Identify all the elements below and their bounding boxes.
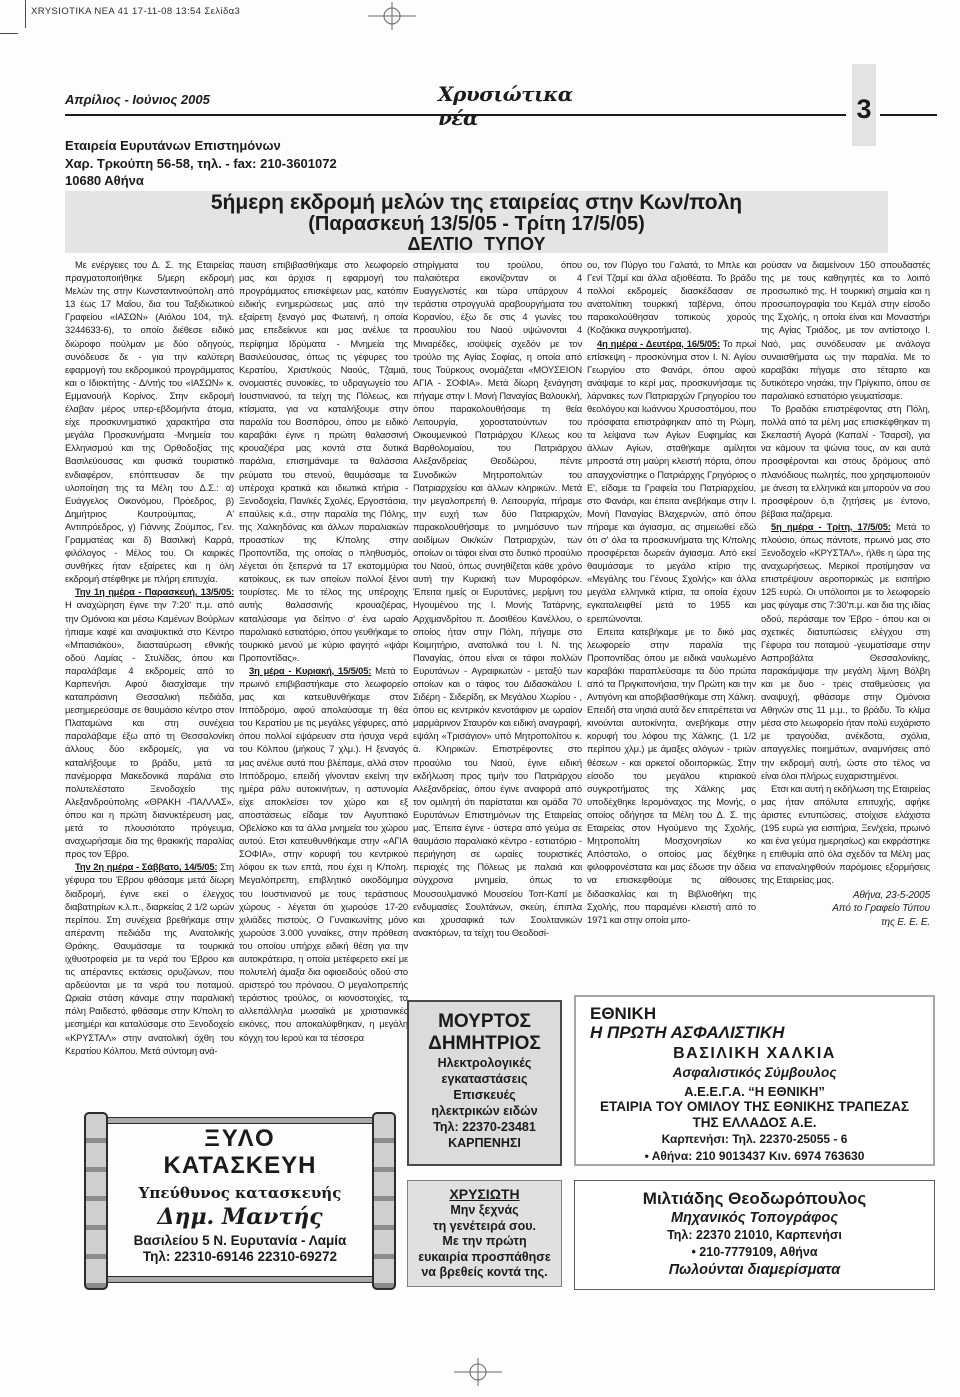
headline-box: 5ήμερη εκδρομή μελών της εταιρείας στην … (65, 191, 888, 253)
ad-theo-name: Μιλτιάδης Θεοδωρόπουλος (575, 1189, 934, 1209)
headline-kicker: ΔΕΛΤΙΟ ΤΥΠΟΥ (65, 235, 888, 254)
print-slug: XRYSIOTIKA NEA 41 17-11-08 13:54 Σελίδα3 (31, 6, 240, 17)
ad-mourtos: ΜΟΥΡΤΟΣ ΔΗΜΗΤΡΙΟΣ Ηλεκτρολογικές εγκατασ… (407, 1000, 562, 1166)
ad-ethniki-insurance: ΕΘΝΙΚΗ Η ΠΡΩΤΗ ΑΣΦΑΛΙΣΤΙΚΗ ΒΑΣΙΛΙΚΗ ΧΑΛΚ… (574, 995, 935, 1166)
ad-ethniki-company2: ΕΤΑΙΡΙΑ ΤΟΥ ΟΜΙΛΟΥ ΤΗΣ ΕΘΝΙΚΗΣ ΤΡΑΠΕΖΑΣ (590, 1099, 919, 1115)
article-column-2: παυση επιβιβασθήκαμε στο λεωφορείο μας κ… (239, 258, 408, 1106)
signoff-office: Από το Γραφείο Τύπου (761, 902, 930, 916)
crop-mark-vertical (25, 0, 26, 28)
paragraph: Με ενέργειες του Δ. Σ. της Εταιρείας πρα… (65, 258, 234, 585)
ad-xylo-kataskevi: ΞΥΛΟ ΚΑΤΑΣΚΕΥΗ Υπεύθυνος κατασκευής Δημ.… (84, 1112, 396, 1290)
publisher-address: Χαρ. Τρκούπη 56-58, τηλ. - fax: 210-3601… (65, 155, 337, 173)
article-column-1: Με ενέργειες του Δ. Σ. της Εταιρείας πρα… (65, 258, 234, 1106)
paragraph: 5η ημέρα - Τρίτη, 17/5/05: Μετά το πλούσ… (761, 520, 930, 782)
day-heading: Την 1η ημέρα - Παρασκευή, 13/5/05: (75, 586, 234, 597)
publisher-city: 10680 Αθήνα (65, 172, 337, 190)
paragraph: ρούσαν να διαμείνουν 150 σπουδαστές της … (761, 258, 930, 402)
ad-mourtos-service: Ηλεκτρολογικές (409, 1055, 560, 1071)
article-column-3: στηρίγματα του τρούλου, όπου παλαιότερα … (413, 258, 582, 996)
ad-xylo-phones: Τηλ: 22310-69146 22310-69272 (112, 1249, 368, 1265)
ad-theo-phone1: Τηλ: 22370 21010, Καρπενήσι (575, 1227, 934, 1244)
paragraph: Επειτα κατεβήκαμε με το δικό μας λεωφορε… (587, 625, 756, 926)
signoff-org: της Ε. Ε. Ε. (761, 916, 930, 930)
ad-ethniki-phone1: Καρπενήσι: Τηλ. 22370-25055 - 6 (590, 1132, 919, 1147)
ad-chrysioti-notice: ΧΡΥΣΙΩΤΗ Μην ξεχνάς τη γενέτειρά σου. Με… (407, 1180, 562, 1287)
ad-ethniki-phone2: • Αθήνα: 210 9013437 Κιν. 6974 763630 (590, 1149, 919, 1164)
wood-frame-left (84, 1112, 108, 1290)
paragraph: Ετσι και αυτή η εκδήλωση της Εταιρείας μ… (761, 782, 930, 887)
ad-chrysioti-line: Μην ξεχνάς (408, 1203, 561, 1219)
ad-theodoropoulos: Μιλτιάδης Θεοδωρόπουλος Μηχανικός Τοπογρ… (574, 1180, 935, 1290)
newspaper-page: XRYSIOTIKA NEA 41 17-11-08 13:54 Σελίδα3… (0, 0, 960, 1397)
article-column-5: ρούσαν να διαμείνουν 150 σπουδαστές της … (761, 258, 930, 990)
ad-chrysioti-line: να βρεθείς κοντά της. (408, 1265, 561, 1281)
ad-chrysioti-line: Με την πρώτη (408, 1234, 561, 1250)
paragraph: 3η μέρα - Κυριακή, 15/5/05: Μετά το πρωι… (239, 664, 408, 1044)
issue-date: Απρίλιος - Ιούνιος 2005 (65, 92, 210, 107)
headline-title: 5ήμερη εκδρομή μελών της εταιρείας στην … (65, 191, 888, 214)
publisher-block: Εταιρεία Ευρυτάνων Επιστημόνων Χαρ. Τρκο… (65, 137, 337, 190)
paragraph: παυση επιβιβασθήκαμε στο λεωφορείο μας κ… (239, 258, 408, 664)
ad-theo-note: Πωλούνται διαμερίσματα (575, 1261, 934, 1280)
article-column-4: ου, τον Πύργο του Γαλατά, το Μπλε και Γε… (587, 258, 756, 994)
headline-dates: (Παρασκευή 13/5/05 - Τρίτη 17/5/05) (65, 214, 888, 235)
header-rule-right (880, 114, 937, 116)
ad-xylo-name: Δημ. Μαντής (112, 1204, 368, 1230)
paragraph: 4η ημέρα - Δευτέρα, 16/5/05: Το πρωί επί… (587, 337, 756, 625)
paragraph: Την 2η ημέρα - Σάββατο, 14/5/05: Στη γέφ… (65, 860, 234, 1056)
ad-ethniki-tagline: Η ΠΡΩΤΗ ΑΣΦΑΛΙΣΤΙΚΗ (590, 1023, 919, 1042)
ad-ethniki-agent: ΒΑΣΙΛΙΚΗ ΧΑΛΚΙΑ (590, 1044, 919, 1064)
ad-mourtos-name2: ΔΗΜΗΤΡΙΟΣ (409, 1033, 560, 1055)
ad-theo-phone2: • 210-7779109, Αθήνα (575, 1244, 934, 1261)
wood-frame-bottom (92, 1276, 388, 1283)
masthead-title: Χρυσιώτικα νέα (438, 82, 578, 130)
wood-frame-right (372, 1112, 396, 1290)
ad-mourtos-service: εγκαταστάσεις (409, 1071, 560, 1087)
ad-mourtos-phone: Τηλ: 22370-23481 (409, 1119, 560, 1135)
page-number: 3 (850, 94, 878, 125)
ad-ethniki-brand: ΕΘΝΙΚΗ (590, 1004, 919, 1023)
ad-xylo-line2: ΚΑΤΑΣΚΕΥΗ (112, 1152, 368, 1179)
paragraph: στηρίγματα του τρούλου, όπου παλαιότερα … (413, 258, 582, 939)
ad-chrysioti-line: ευκαιρία προσπάθησε (408, 1250, 561, 1266)
day-heading: 3η μέρα - Κυριακή, 15/5/05: (249, 665, 371, 676)
article-signoff: Αθήνα, 23-5-2005 Από το Γραφείο Τύπου τη… (761, 889, 930, 930)
ad-chrysioti-line: τη γενέτειρά σου. (408, 1219, 561, 1235)
day-heading: Την 2η ημέρα - Σάββατο, 14/5/05: (75, 861, 217, 872)
header-rule (65, 114, 846, 116)
ad-mourtos-service: Επισκευές (409, 1087, 560, 1103)
ad-mourtos-service: ηλεκτρικών ειδών (409, 1103, 560, 1119)
day-heading: 5η ημέρα - Τρίτη, 17/5/05: (771, 521, 891, 532)
ad-mourtos-name1: ΜΟΥΡΤΟΣ (409, 1011, 560, 1033)
ad-ethniki-role: Ασφαλιστικός Σύμβουλος (590, 1064, 919, 1081)
registration-mark-top (368, 2, 416, 30)
ad-ethniki-company3: ΤΗΣ ΕΛΛΑΔΟΣ Α.Ε. (590, 1115, 919, 1131)
crop-mark-horizontal (0, 33, 18, 34)
ad-mourtos-city: ΚΑΡΠΕΝΗΣΙ (409, 1135, 560, 1151)
signoff-place-date: Αθήνα, 23-5-2005 (761, 889, 930, 903)
paragraph: Το βραδάκι επιστρέφοντας στη Πόλη, πολλά… (761, 402, 930, 520)
ad-xylo-role: Υπεύθυνος κατασκευής (112, 1182, 368, 1204)
ad-xylo-line1: ΞΥΛΟ (112, 1126, 368, 1152)
wood-frame-top (92, 1117, 388, 1124)
ad-chrysioti-title: ΧΡΥΣΙΩΤΗ (408, 1186, 561, 1203)
publisher-name: Εταιρεία Ευρυτάνων Επιστημόνων (65, 137, 337, 155)
paragraph: ου, τον Πύργο του Γαλατά, το Μπλε και Γε… (587, 258, 756, 337)
day-heading: 4η ημέρα - Δευτέρα, 16/5/05: (597, 338, 720, 349)
ad-xylo-address: Βασιλείου 5 Ν. Ευρυτανία - Λαμία (112, 1232, 368, 1249)
ad-ethniki-company1: Α.Ε.Ε.Γ.Α. “Η ΕΘΝΙΚΗ” (590, 1084, 919, 1099)
registration-mark-bottom (454, 1358, 502, 1386)
ad-theo-role: Μηχανικός Τοπογράφος (575, 1209, 934, 1227)
paragraph: Την 1η ημέρα - Παρασκευή, 13/5/05: Η ανα… (65, 585, 234, 860)
